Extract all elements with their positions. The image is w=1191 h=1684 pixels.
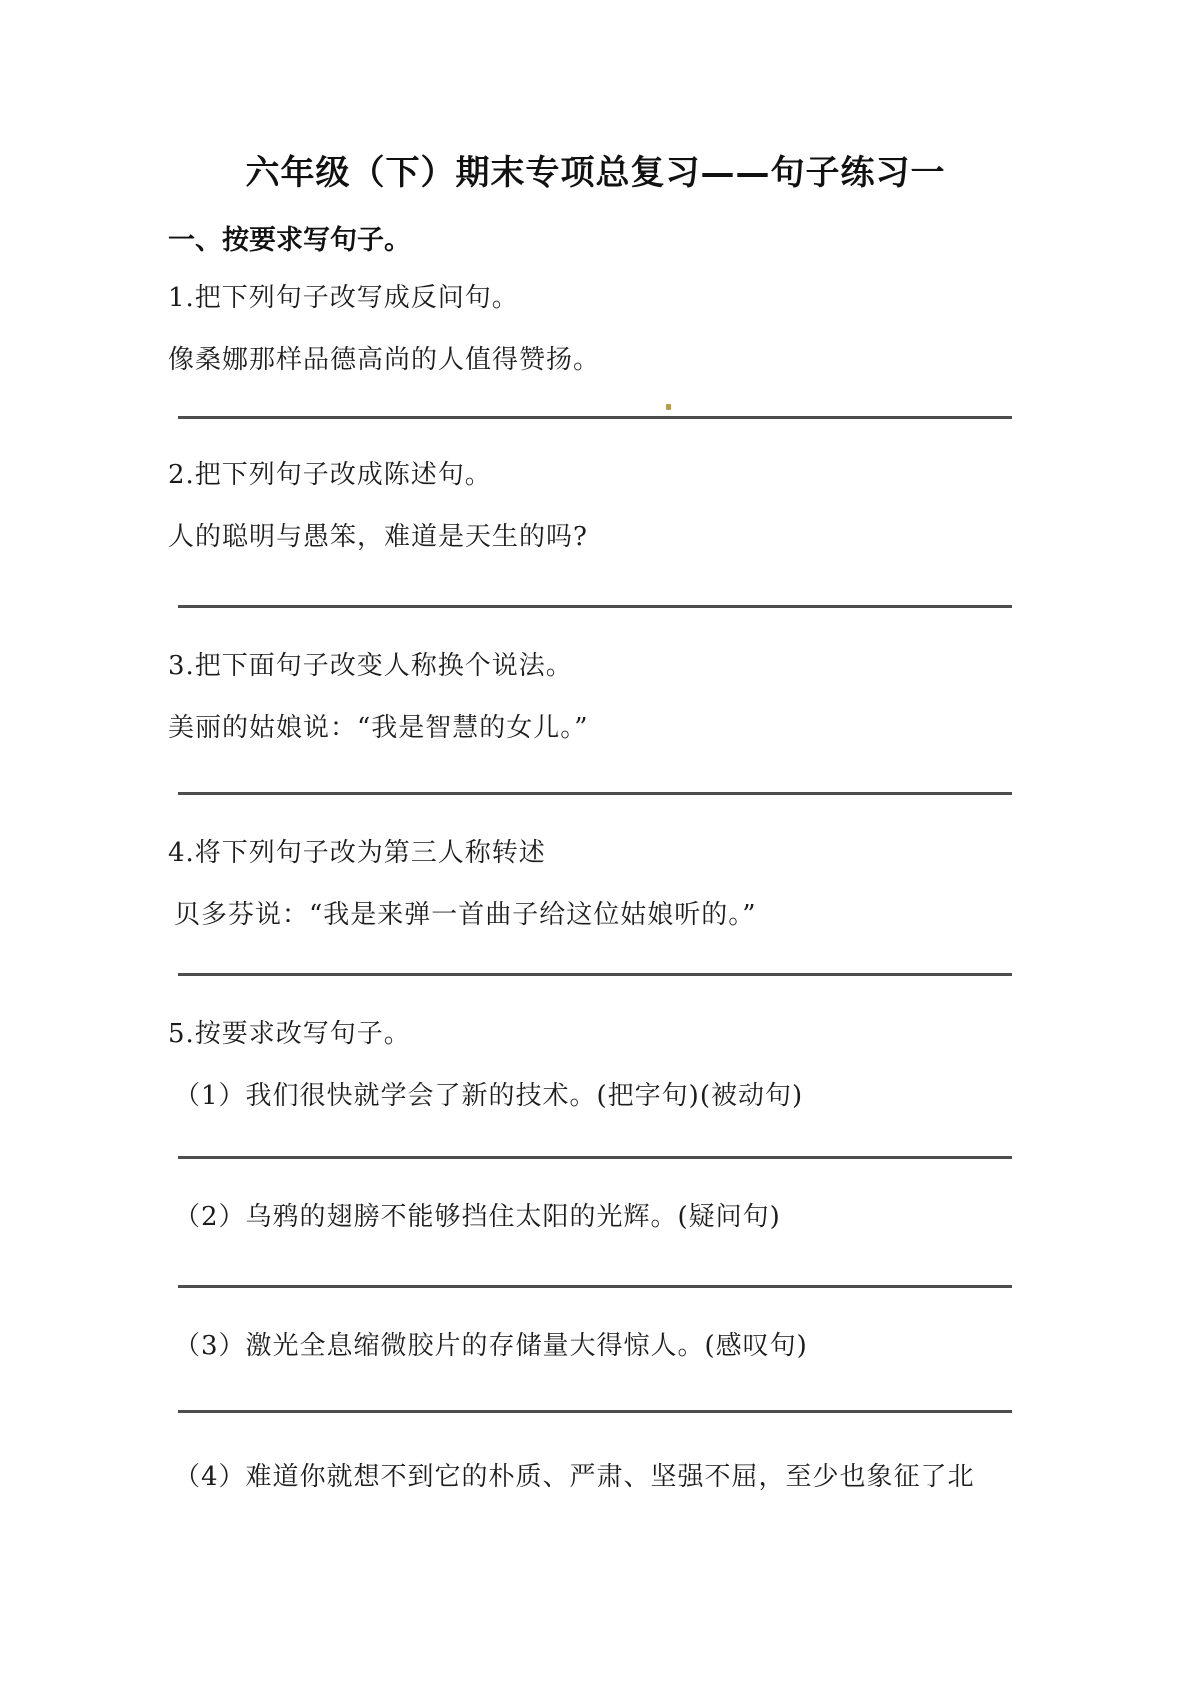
question-4: 4.将下列句子改为第三人称转述 贝多芬说：“我是来弹一首曲子给这位姑娘听的。” [168, 837, 1023, 976]
question-1-sentence: 像桑娜那样品德高尚的人值得赞扬。 [168, 344, 1023, 376]
answer-line-5-2[interactable] [178, 1285, 1012, 1288]
question-5-sub-4: （4）难道你就想不到它的朴质、严肃、坚强不屈，至少也象征了北 [168, 1461, 1023, 1493]
question-3-prompt: 3.把下面句子改变人称换个说法。 [168, 650, 1023, 682]
page-title: 六年级（下）期末专项总复习——句子练习一 [168, 150, 1023, 196]
question-2: 2.把下列句子改成陈述句。 人的聪明与愚笨，难道是天生的吗? [168, 459, 1023, 608]
worksheet-page: 六年级（下）期末专项总复习——句子练习一 一、按要求写句子。 1.把下列句子改写… [0, 0, 1191, 1684]
question-1-prompt: 1.把下列句子改写成反问句。 [168, 282, 1023, 314]
question-4-prompt: 4.将下列句子改为第三人称转述 [168, 837, 1023, 869]
question-5: 5.按要求改写句子。 （1）我们很快就学会了新的技术。(把字句)(被动句) （2… [168, 1018, 1023, 1493]
section-heading: 一、按要求写句子。 [168, 224, 1023, 258]
question-5-sub-3: （3）激光全息缩微胶片的存储量大得惊人。(感叹句) [168, 1330, 1023, 1362]
question-2-prompt: 2.把下列句子改成陈述句。 [168, 459, 1023, 491]
question-4-sentence: 贝多芬说：“我是来弹一首曲子给这位姑娘听的。” [168, 899, 1023, 931]
scan-speck-artifact [666, 404, 671, 410]
question-1: 1.把下列句子改写成反问句。 像桑娜那样品德高尚的人值得赞扬。 [168, 282, 1023, 419]
question-3: 3.把下面句子改变人称换个说法。 美丽的姑娘说：“我是智慧的女儿。” [168, 650, 1023, 795]
question-5-prompt: 5.按要求改写句子。 [168, 1018, 1023, 1050]
question-2-sentence: 人的聪明与愚笨，难道是天生的吗? [168, 521, 1023, 553]
answer-line-4[interactable] [178, 973, 1012, 976]
answer-line-1[interactable] [178, 416, 1012, 419]
answer-line-5-3[interactable] [178, 1410, 1012, 1413]
answer-line-5-1[interactable] [178, 1156, 1012, 1159]
answer-line-2[interactable] [178, 605, 1012, 608]
question-5-sub-2: （2）乌鸦的翅膀不能够挡住太阳的光辉。(疑问句) [168, 1201, 1023, 1233]
answer-line-3[interactable] [178, 792, 1012, 795]
question-3-sentence: 美丽的姑娘说：“我是智慧的女儿。” [168, 712, 1023, 744]
question-5-sub-1: （1）我们很快就学会了新的技术。(把字句)(被动句) [168, 1080, 1023, 1112]
